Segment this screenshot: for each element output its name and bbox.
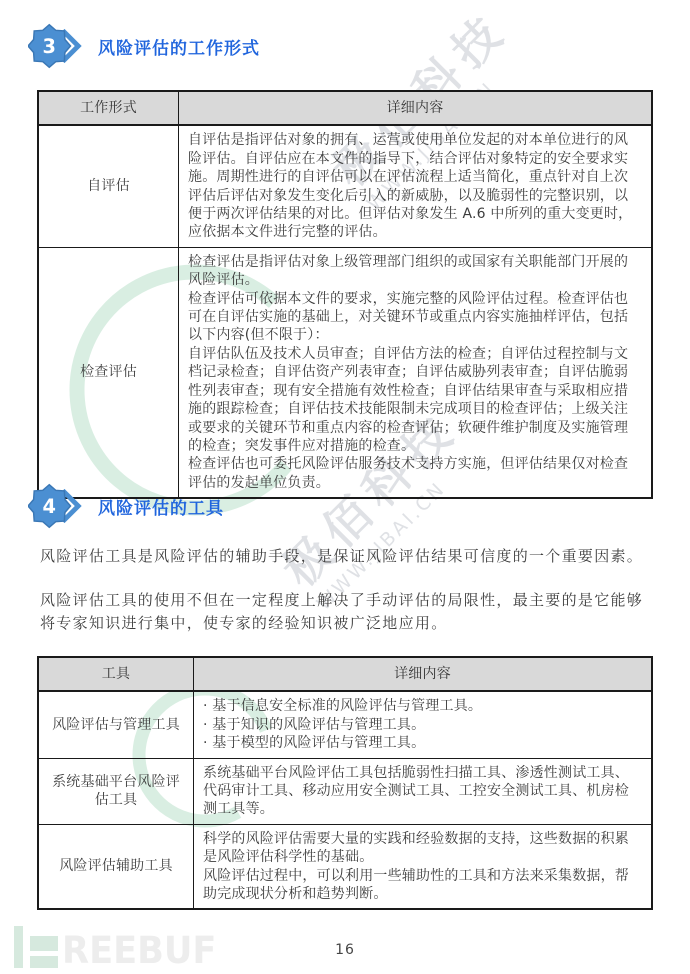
badge-number: 3	[43, 35, 56, 58]
row-label-cell: 检查评估	[39, 248, 179, 497]
section-title: 风险评估的工具	[98, 494, 224, 519]
table-header-cell: 详细内容	[179, 92, 651, 124]
section-number-badge-icon: 4	[28, 482, 86, 530]
row-label-cell: 系统基础平台风险评估工具	[39, 759, 194, 824]
row-label-cell: 风险评估辅助工具	[39, 825, 194, 909]
section-number-badge-icon: 3	[28, 22, 86, 70]
row-content-cell: 科学的风险评估需要大量的实践和经验数据的支持，这些数据的积累是风险评估科学性的基…	[194, 825, 651, 909]
table-header-cell: 工作形式	[39, 92, 179, 124]
row-label-cell: 自评估	[39, 126, 179, 246]
tools-table: 工具 详细内容 风险评估与管理工具 · 基于信息安全标准的风险评估与管理工具。 …	[37, 656, 653, 910]
badge-number: 4	[43, 495, 56, 518]
page-number: 16	[0, 942, 690, 958]
row-label-cell: 风险评估与管理工具	[39, 692, 194, 757]
table-row: 系统基础平台风险评估工具 系统基础平台风险评估工具包括脆弱性扫描工具、渗透性测试…	[39, 758, 651, 824]
section-title: 风险评估的工作形式	[98, 34, 260, 59]
paragraph: 风险评估工具是风险评估的辅助手段，是保证风险评估结果可信度的一个重要因素。	[40, 545, 656, 568]
section-4-heading: 4 风险评估的工具	[28, 482, 224, 530]
table-header-cell: 详细内容	[194, 658, 651, 690]
row-content-cell: 自评估是指评估对象的拥有、运营或使用单位发起的对本单位进行的风险评估。自评估应在…	[179, 126, 651, 246]
row-content-cell: 系统基础平台风险评估工具包括脆弱性扫描工具、渗透性测试工具、代码审计工具、移动应…	[194, 759, 651, 824]
row-content-cell: · 基于信息安全标准的风险评估与管理工具。 · 基于知识的风险评估与管理工具。 …	[194, 692, 651, 757]
work-form-table: 工作形式 详细内容 自评估 自评估是指评估对象的拥有、运营或使用单位发起的对本单…	[37, 90, 653, 499]
section-3-heading: 3 风险评估的工作形式	[28, 22, 260, 70]
table-header-row: 工具 详细内容	[39, 658, 651, 691]
paragraph: 风险评估工具的使用不但在一定程度上解决了手动评估的局限性，最主要的是它能够将专家…	[40, 589, 656, 635]
table-row: 风险评估与管理工具 · 基于信息安全标准的风险评估与管理工具。 · 基于知识的风…	[39, 691, 651, 757]
table-row: 自评估 自评估是指评估对象的拥有、运营或使用单位发起的对本单位进行的风险评估。自…	[39, 125, 651, 246]
table-header-row: 工作形式 详细内容	[39, 92, 651, 125]
document-page: 3 风险评估的工作形式 工作形式 详细内容 自评估 自评估是指评估对象的拥有、运…	[0, 0, 690, 974]
table-header-cell: 工具	[39, 658, 194, 690]
table-row: 检查评估 检查评估是指评估对象上级管理部门组织的或国家有关职能部门开展的风险评估…	[39, 247, 651, 497]
table-row: 风险评估辅助工具 科学的风险评估需要大量的实践和经验数据的支持，这些数据的积累是…	[39, 824, 651, 909]
row-content-cell: 检查评估是指评估对象上级管理部门组织的或国家有关职能部门开展的风险评估。 检查评…	[179, 248, 651, 497]
